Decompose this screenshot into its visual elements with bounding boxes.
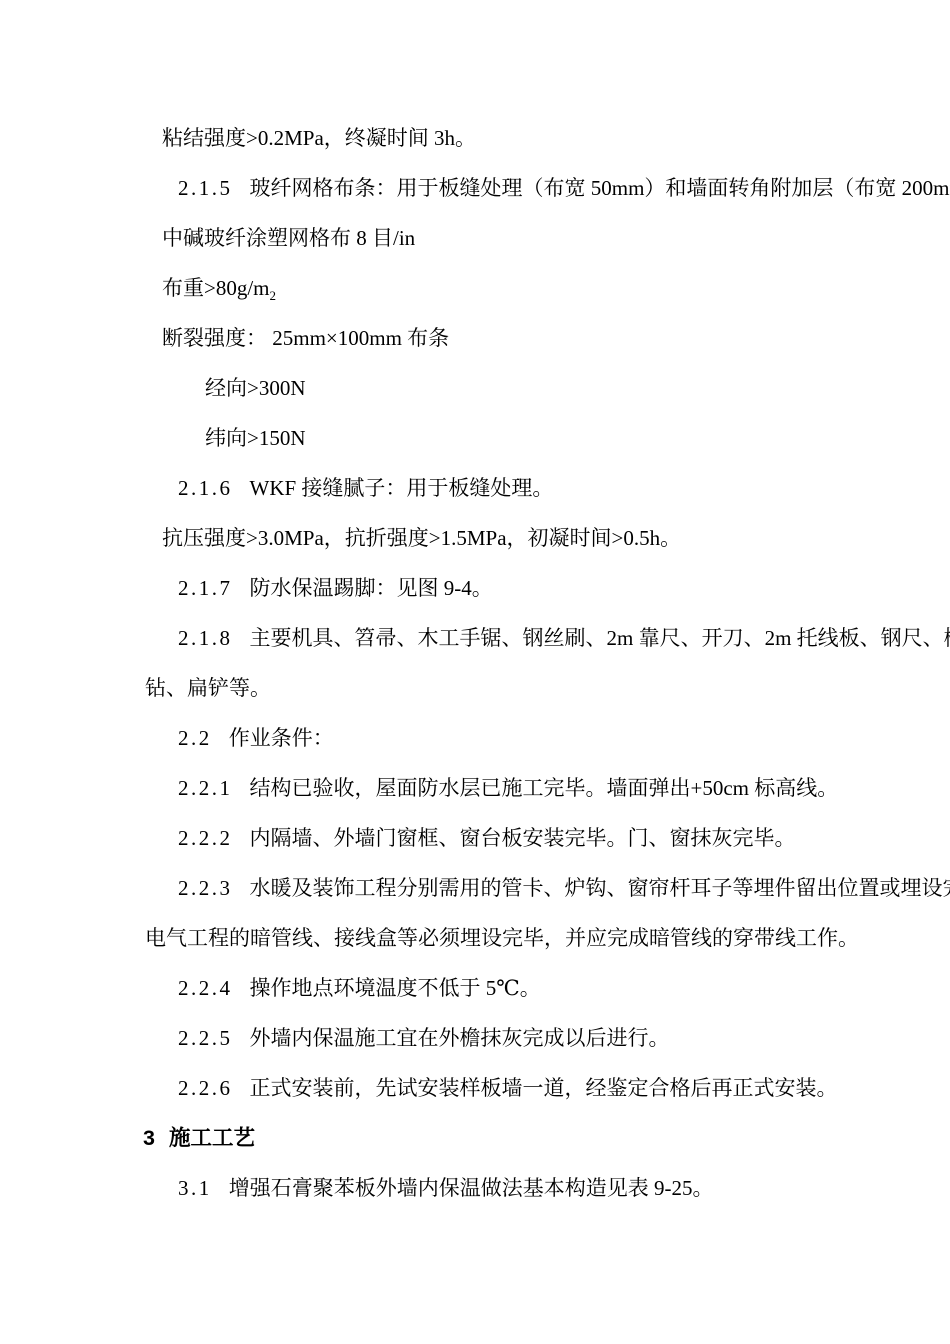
doc-line: 2.2.5外墙内保温施工宜在外檐抹灰完成以后进行。 (0, 1013, 950, 1063)
section-heading: 3施工工艺 (0, 1113, 950, 1163)
section-number: 3 (143, 1126, 155, 1150)
line-text: 作业条件： (229, 726, 334, 750)
doc-line: 纬向>150N (0, 413, 950, 463)
doc-line: 2.1.6WKF 接缝腻子：用于板缝处理。 (0, 463, 950, 513)
line-text: 中碱玻纤涂塑网格布 8 目/in (162, 226, 415, 250)
clause-number: 2.2.4 (178, 976, 233, 1000)
doc-line: 2.1.5玻纤网格布条：用于板缝处理（布宽 50mm）和墙面转角附加层（布宽 2… (0, 163, 950, 213)
clause-number: 2.1.8 (178, 626, 233, 650)
line-text: 外墙内保温施工宜在外檐抹灰完成以后进行。 (250, 1026, 670, 1050)
clause-number: 2.2.6 (178, 1076, 233, 1100)
line-text: 布重>80g/m (162, 276, 270, 300)
doc-line: 2.2.1结构已验收，屋面防水层已施工完毕。墙面弹出+50cm 标高线。 (0, 763, 950, 813)
line-text: 水暖及装饰工程分别需用的管卡、炉钩、窗帘杆耳子等埋件留出位置或埋设完； (250, 876, 950, 900)
doc-line: 经向>300N (0, 363, 950, 413)
line-text: 操作地点环境温度不低于 5℃。 (250, 976, 541, 1000)
clause-number: 2.2.3 (178, 876, 233, 900)
line-text: 结构已验收，屋面防水层已施工完毕。墙面弹出+50cm 标高线。 (250, 776, 839, 800)
line-text: 防水保温踢脚：见图 9-4。 (250, 576, 493, 600)
clause-number: 2.1.5 (178, 176, 233, 200)
line-text: 抗压强度>3.0MPa，抗折强度>1.5MPa，初凝时间>0.5h。 (162, 526, 681, 550)
subscript-text: 2 (270, 288, 277, 303)
line-text: 粘结强度>0.2MPa，终凝时间 3h。 (162, 126, 476, 150)
doc-line: 中碱玻纤涂塑网格布 8 目/in (0, 213, 950, 263)
doc-line: 电气工程的暗管线、接线盒等必须埋设完毕，并应完成暗管线的穿带线工作。 (0, 913, 950, 963)
line-text: 钻、扁铲等。 (145, 676, 271, 700)
doc-line: 2.2.2内隔墙、外墙门窗框、窗台板安装完毕。门、窗抹灰完毕。 (0, 813, 950, 863)
line-text: 电气工程的暗管线、接线盒等必须埋设完毕，并应完成暗管线的穿带线工作。 (145, 926, 859, 950)
line-text: 正式安装前，先试安装样板墙一道，经鉴定合格后再正式安装。 (250, 1076, 838, 1100)
doc-line: 粘结强度>0.2MPa，终凝时间 3h。 (0, 113, 950, 163)
clause-number: 3.1 (178, 1176, 212, 1200)
section-title: 施工工艺 (169, 1126, 255, 1150)
doc-line: 2.1.8主要机具、笤帚、木工手锯、钢丝刷、2m 靠尺、开刀、2m 托线板、钢尺… (0, 613, 950, 663)
line-text: 内隔墙、外墙门窗框、窗台板安装完毕。门、窗抹灰完毕。 (250, 826, 796, 850)
line-text: 主要机具、笤帚、木工手锯、钢丝刷、2m 靠尺、开刀、2m 托线板、钢尺、橡皮锤、 (250, 626, 950, 650)
line-text: 断裂强度： 25mm×100mm 布条 (162, 326, 449, 350)
doc-line: 钻、扁铲等。 (0, 663, 950, 713)
line-text: 纬向>150N (205, 426, 306, 450)
doc-line: 2.2作业条件： (0, 713, 950, 763)
doc-line: 2.2.4操作地点环境温度不低于 5℃。 (0, 963, 950, 1013)
doc-line: 布重>80g/m2 (0, 263, 950, 313)
line-text: WKF 接缝腻子：用于板缝处理。 (250, 476, 554, 500)
clause-number: 2.2.5 (178, 1026, 233, 1050)
doc-line: 抗压强度>3.0MPa，抗折强度>1.5MPa，初凝时间>0.5h。 (0, 513, 950, 563)
clause-number: 2.2.1 (178, 776, 233, 800)
line-text: 经向>300N (205, 376, 306, 400)
doc-line: 3.1增强石膏聚苯板外墙内保温做法基本构造见表 9-25。 (0, 1163, 950, 1213)
doc-line: 2.2.3水暖及装饰工程分别需用的管卡、炉钩、窗帘杆耳子等埋件留出位置或埋设完； (0, 863, 950, 913)
clause-number: 2.1.6 (178, 476, 233, 500)
doc-line: 断裂强度： 25mm×100mm 布条 (0, 313, 950, 363)
clause-number: 2.1.7 (178, 576, 233, 600)
line-text: 增强石膏聚苯板外墙内保温做法基本构造见表 9-25。 (229, 1176, 714, 1200)
document-page: 粘结强度>0.2MPa，终凝时间 3h。 2.1.5玻纤网格布条：用于板缝处理（… (0, 0, 950, 1344)
doc-line: 2.2.6正式安装前，先试安装样板墙一道，经鉴定合格后再正式安装。 (0, 1063, 950, 1113)
line-text: 玻纤网格布条：用于板缝处理（布宽 50mm）和墙面转角附加层（布宽 200mm）… (250, 176, 950, 200)
clause-number: 2.2.2 (178, 826, 233, 850)
clause-number: 2.2 (178, 726, 212, 750)
doc-line: 2.1.7防水保温踢脚：见图 9-4。 (0, 563, 950, 613)
